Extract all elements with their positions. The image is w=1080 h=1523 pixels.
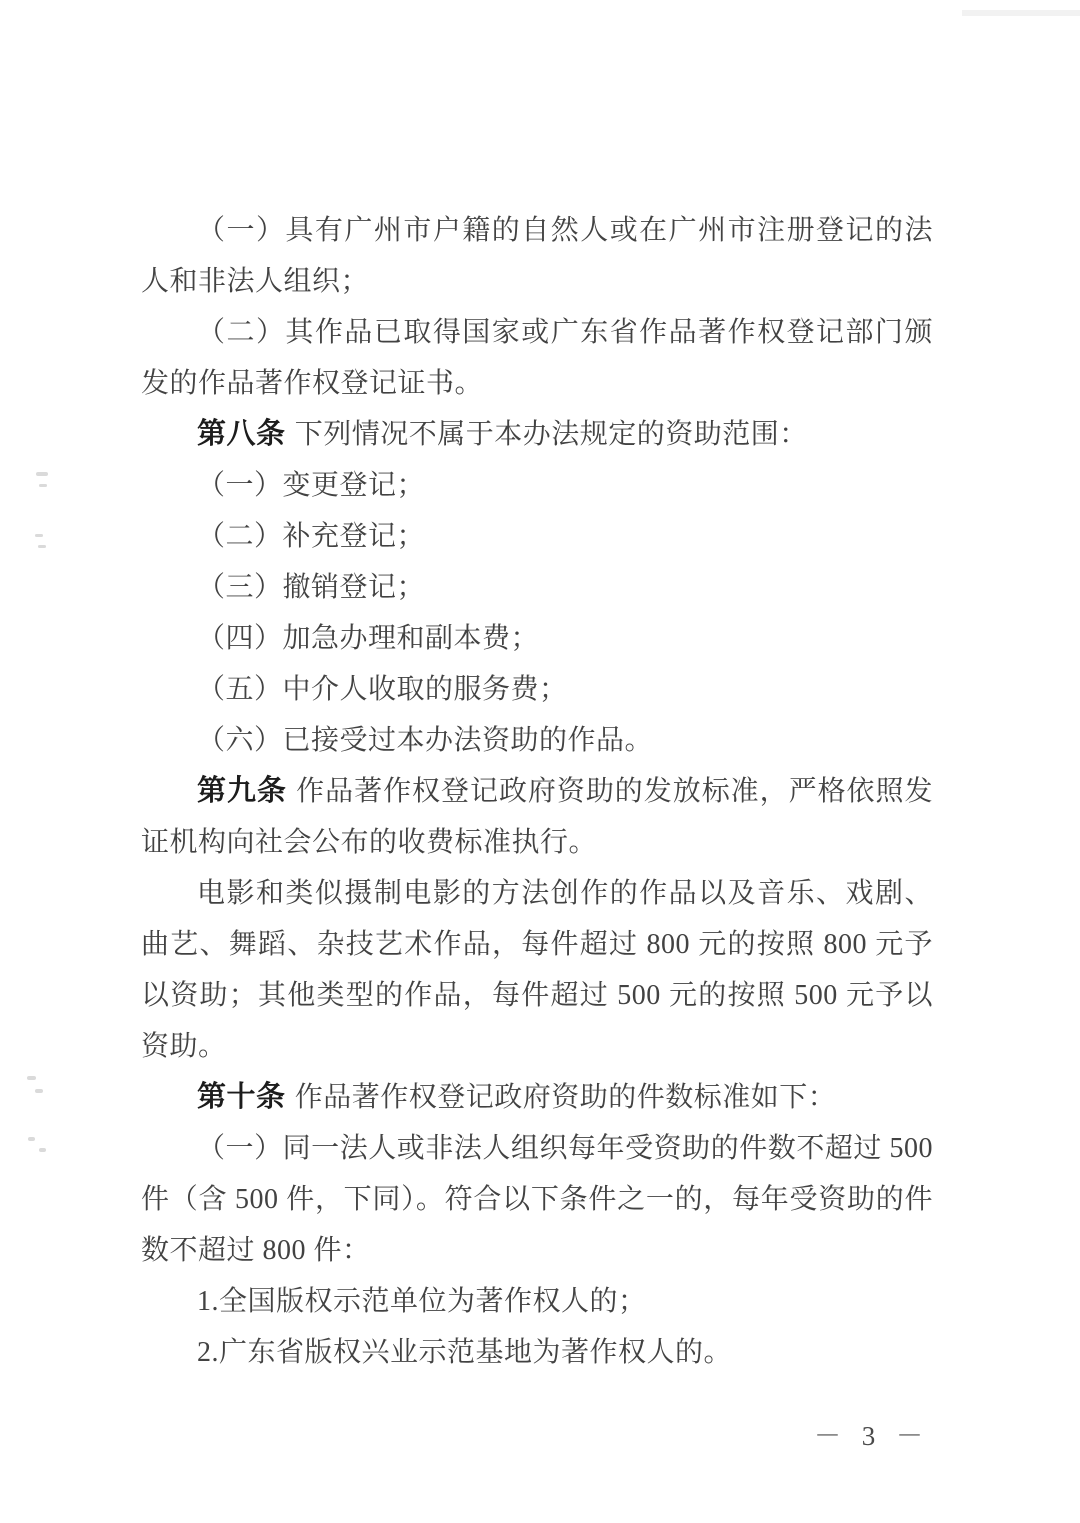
paragraph: 1.全国版权示范单位为著作权人的； [141,1276,933,1327]
paragraph: 电影和类似摄制电影的方法创作的作品以及音乐、戏剧、曲艺、舞蹈、杂技艺术作品，每件… [141,868,933,1072]
document-page: （一）具有广州市户籍的自然人或在广州市注册登记的法人和非法人组织； （二）其作品… [0,0,1080,1523]
paragraph-text: （一）具有广州市户籍的自然人或在广州市注册登记的法人和非法人组织； [141,215,933,297]
scan-artifact [38,545,46,548]
paragraph-text: 2.广东省版权兴业示范基地为著作权人的。 [197,1337,732,1368]
scan-artifact [35,1089,43,1093]
scan-artifact [39,484,47,487]
paragraph-text: （四）加急办理和副本费； [197,623,539,654]
paragraph-text: 下列情况不属于本办法规定的资助范围： [295,419,808,450]
scan-artifact [36,472,48,476]
scan-artifact [39,1148,46,1152]
paragraph-text: 电影和类似摄制电影的方法创作的作品以及音乐、戏剧、曲艺、舞蹈、杂技艺术作品，每件… [141,878,933,1062]
page-number: － 3 － [814,1414,930,1453]
paragraph-text: （二）其作品已取得国家或广东省作品著作权登记部门颁发的作品著作权登记证书。 [141,317,933,399]
paragraph-text: （三）撤销登记； [197,572,425,603]
paragraph-text: （六）已接受过本办法资助的作品。 [197,725,653,756]
paragraph: 第八条下列情况不属于本办法规定的资助范围： [141,409,933,460]
article-number: 第九条 [197,775,287,807]
scan-artifact [35,534,43,537]
paragraph: （二）补充登记； [141,511,933,562]
paragraph: （三）撤销登记； [141,562,933,613]
document-body: （一）具有广州市户籍的自然人或在广州市注册登记的法人和非法人组织； （二）其作品… [141,205,933,1378]
paragraph: （一）变更登记； [141,460,933,511]
paragraph: 第十条作品著作权登记政府资助的件数标准如下： [141,1072,933,1123]
paragraph: （五）中介人收取的服务费； [141,664,933,715]
paragraph: （六）已接受过本办法资助的作品。 [141,715,933,766]
paragraph: （一）具有广州市户籍的自然人或在广州市注册登记的法人和非法人组织； [141,205,933,307]
paragraph-text: （一）变更登记； [197,470,425,501]
article-number: 第十条 [197,1081,286,1113]
paragraph-text: （一）同一法人或非法人组织每年受资助的件数不超过 500 件（含 500 件，下… [141,1133,933,1266]
paragraph-text: 作品著作权登记政府资助的件数标准如下： [295,1082,837,1113]
paragraph-text: （五）中介人收取的服务费； [197,674,568,705]
paragraph-text: （二）补充登记； [197,521,425,552]
scan-artifact [28,1137,35,1141]
scan-artifact [27,1076,36,1080]
article-number: 第八条 [197,418,286,450]
paragraph-text: 1.全国版权示范单位为著作权人的； [197,1286,647,1317]
paragraph: （四）加急办理和副本费； [141,613,933,664]
paragraph: 2.广东省版权兴业示范基地为著作权人的。 [141,1327,933,1378]
scan-edge-artifact [962,10,1080,16]
paragraph: 第九条作品著作权登记政府资助的发放标准，严格依照发证机构向社会公布的收费标准执行… [141,766,933,868]
paragraph: （二）其作品已取得国家或广东省作品著作权登记部门颁发的作品著作权登记证书。 [141,307,933,409]
paragraph: （一）同一法人或非法人组织每年受资助的件数不超过 500 件（含 500 件，下… [141,1123,933,1276]
